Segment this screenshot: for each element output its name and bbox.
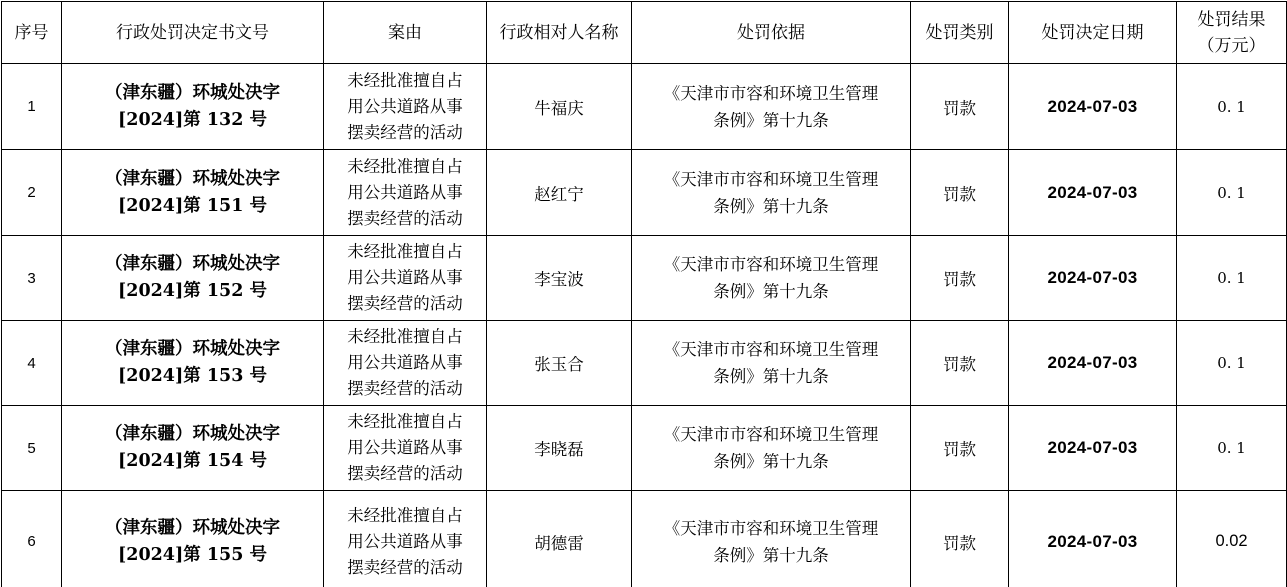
amount-cell: 0. 1 <box>1177 321 1287 406</box>
category-cell: 罚款 <box>911 150 1009 236</box>
case-cell: 未经批准擅自占用公共道路从事摆卖经营的活动 <box>324 406 487 491</box>
col-header-category: 处罚类别 <box>911 2 1009 64</box>
basis-cell: 《天津市市容和环境卫生管理条例》第十九条 <box>632 406 911 491</box>
table-body: 1 （津东疆）环城处决字[2024]第 132 号 未经批准擅自占用公共道路从事… <box>2 64 1287 587</box>
basis-cell: 《天津市市容和环境卫生管理条例》第十九条 <box>632 236 911 321</box>
date-cell: 2024-07-03 <box>1009 491 1177 587</box>
doc-no-cell: （津东疆）环城处决字[2024]第 153 号 <box>62 321 324 406</box>
table-row: 2 （津东疆）环城处决字[2024]第 151 号 未经批准擅自占用公共道路从事… <box>2 150 1287 236</box>
amount-cell: 0. 1 <box>1177 406 1287 491</box>
case-cell: 未经批准擅自占用公共道路从事摆卖经营的活动 <box>324 150 487 236</box>
doc-no-cell: （津东疆）环城处决字[2024]第 152 号 <box>62 236 324 321</box>
category-cell: 罚款 <box>911 406 1009 491</box>
col-header-name: 行政相对人名称 <box>487 2 632 64</box>
page: 序号行政处罚决定书文号案由行政相对人名称处罚依据处罚类别处罚决定日期处罚结果（万… <box>0 0 1287 587</box>
col-header-result: 处罚结果（万元） <box>1177 2 1287 64</box>
amount-cell: 0.02 <box>1177 491 1287 587</box>
basis-cell: 《天津市市容和环境卫生管理条例》第十九条 <box>632 64 911 150</box>
date-cell: 2024-07-03 <box>1009 236 1177 321</box>
table-row: 3 （津东疆）环城处决字[2024]第 152 号 未经批准擅自占用公共道路从事… <box>2 236 1287 321</box>
case-cell: 未经批准擅自占用公共道路从事摆卖经营的活动 <box>324 321 487 406</box>
penalty-table: 序号行政处罚决定书文号案由行政相对人名称处罚依据处罚类别处罚决定日期处罚结果（万… <box>1 1 1287 587</box>
date-cell: 2024-07-03 <box>1009 406 1177 491</box>
category-cell: 罚款 <box>911 321 1009 406</box>
category-cell: 罚款 <box>911 491 1009 587</box>
col-header-no: 序号 <box>2 2 62 64</box>
category-cell: 罚款 <box>911 64 1009 150</box>
table-row: 4 （津东疆）环城处决字[2024]第 153 号 未经批准擅自占用公共道路从事… <box>2 321 1287 406</box>
name-cell: 胡德雷 <box>487 491 632 587</box>
col-header-case: 案由 <box>324 2 487 64</box>
serial-cell: 2 <box>2 150 62 236</box>
name-cell: 赵红宁 <box>487 150 632 236</box>
category-cell: 罚款 <box>911 236 1009 321</box>
case-cell: 未经批准擅自占用公共道路从事摆卖经营的活动 <box>324 64 487 150</box>
doc-no-cell: （津东疆）环城处决字[2024]第 154 号 <box>62 406 324 491</box>
header-row: 序号行政处罚决定书文号案由行政相对人名称处罚依据处罚类别处罚决定日期处罚结果（万… <box>2 2 1287 64</box>
date-cell: 2024-07-03 <box>1009 150 1177 236</box>
name-cell: 李晓磊 <box>487 406 632 491</box>
serial-cell: 4 <box>2 321 62 406</box>
table-row: 5 （津东疆）环城处决字[2024]第 154 号 未经批准擅自占用公共道路从事… <box>2 406 1287 491</box>
doc-no-cell: （津东疆）环城处决字[2024]第 155 号 <box>62 491 324 587</box>
amount-cell: 0. 1 <box>1177 150 1287 236</box>
basis-cell: 《天津市市容和环境卫生管理条例》第十九条 <box>632 491 911 587</box>
doc-no-cell: （津东疆）环城处决字[2024]第 132 号 <box>62 64 324 150</box>
serial-cell: 6 <box>2 491 62 587</box>
table-header: 序号行政处罚决定书文号案由行政相对人名称处罚依据处罚类别处罚决定日期处罚结果（万… <box>2 2 1287 64</box>
basis-cell: 《天津市市容和环境卫生管理条例》第十九条 <box>632 321 911 406</box>
col-header-basis: 处罚依据 <box>632 2 911 64</box>
basis-cell: 《天津市市容和环境卫生管理条例》第十九条 <box>632 150 911 236</box>
col-header-date: 处罚决定日期 <box>1009 2 1177 64</box>
date-cell: 2024-07-03 <box>1009 321 1177 406</box>
serial-cell: 3 <box>2 236 62 321</box>
serial-cell: 5 <box>2 406 62 491</box>
date-cell: 2024-07-03 <box>1009 64 1177 150</box>
case-cell: 未经批准擅自占用公共道路从事摆卖经营的活动 <box>324 491 487 587</box>
amount-cell: 0. 1 <box>1177 64 1287 150</box>
doc-no-cell: （津东疆）环城处决字[2024]第 151 号 <box>62 150 324 236</box>
table-row: 1 （津东疆）环城处决字[2024]第 132 号 未经批准擅自占用公共道路从事… <box>2 64 1287 150</box>
table-row: 6 （津东疆）环城处决字[2024]第 155 号 未经批准擅自占用公共道路从事… <box>2 491 1287 587</box>
name-cell: 李宝波 <box>487 236 632 321</box>
name-cell: 牛福庆 <box>487 64 632 150</box>
col-header-doc: 行政处罚决定书文号 <box>62 2 324 64</box>
serial-cell: 1 <box>2 64 62 150</box>
name-cell: 张玉合 <box>487 321 632 406</box>
case-cell: 未经批准擅自占用公共道路从事摆卖经营的活动 <box>324 236 487 321</box>
amount-cell: 0. 1 <box>1177 236 1287 321</box>
